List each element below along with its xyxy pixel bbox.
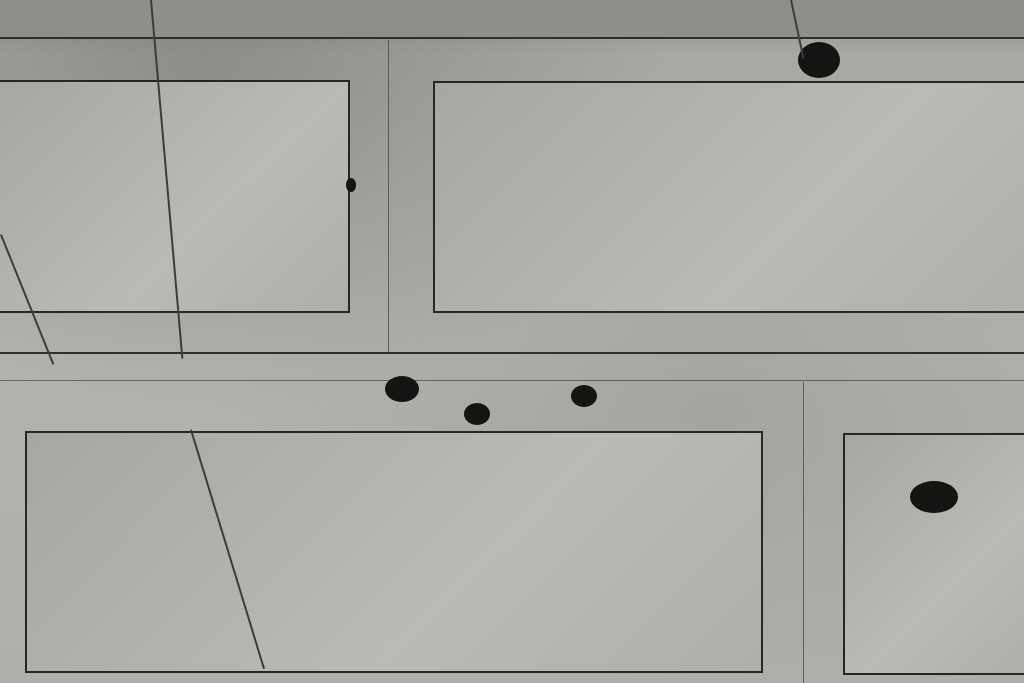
divider-line	[388, 40, 389, 352]
wall-photograph	[0, 0, 1024, 683]
hole	[346, 178, 356, 192]
panel-upper-right	[433, 81, 1024, 313]
molding-line	[0, 352, 1024, 354]
panel-lower-right	[843, 433, 1024, 675]
hole	[464, 403, 490, 425]
panel-lower-left	[25, 431, 763, 673]
molding-line	[0, 380, 1024, 381]
hole	[385, 376, 419, 402]
divider-line	[803, 382, 804, 683]
hole	[910, 481, 958, 513]
hole	[798, 42, 840, 78]
hole	[571, 385, 597, 407]
